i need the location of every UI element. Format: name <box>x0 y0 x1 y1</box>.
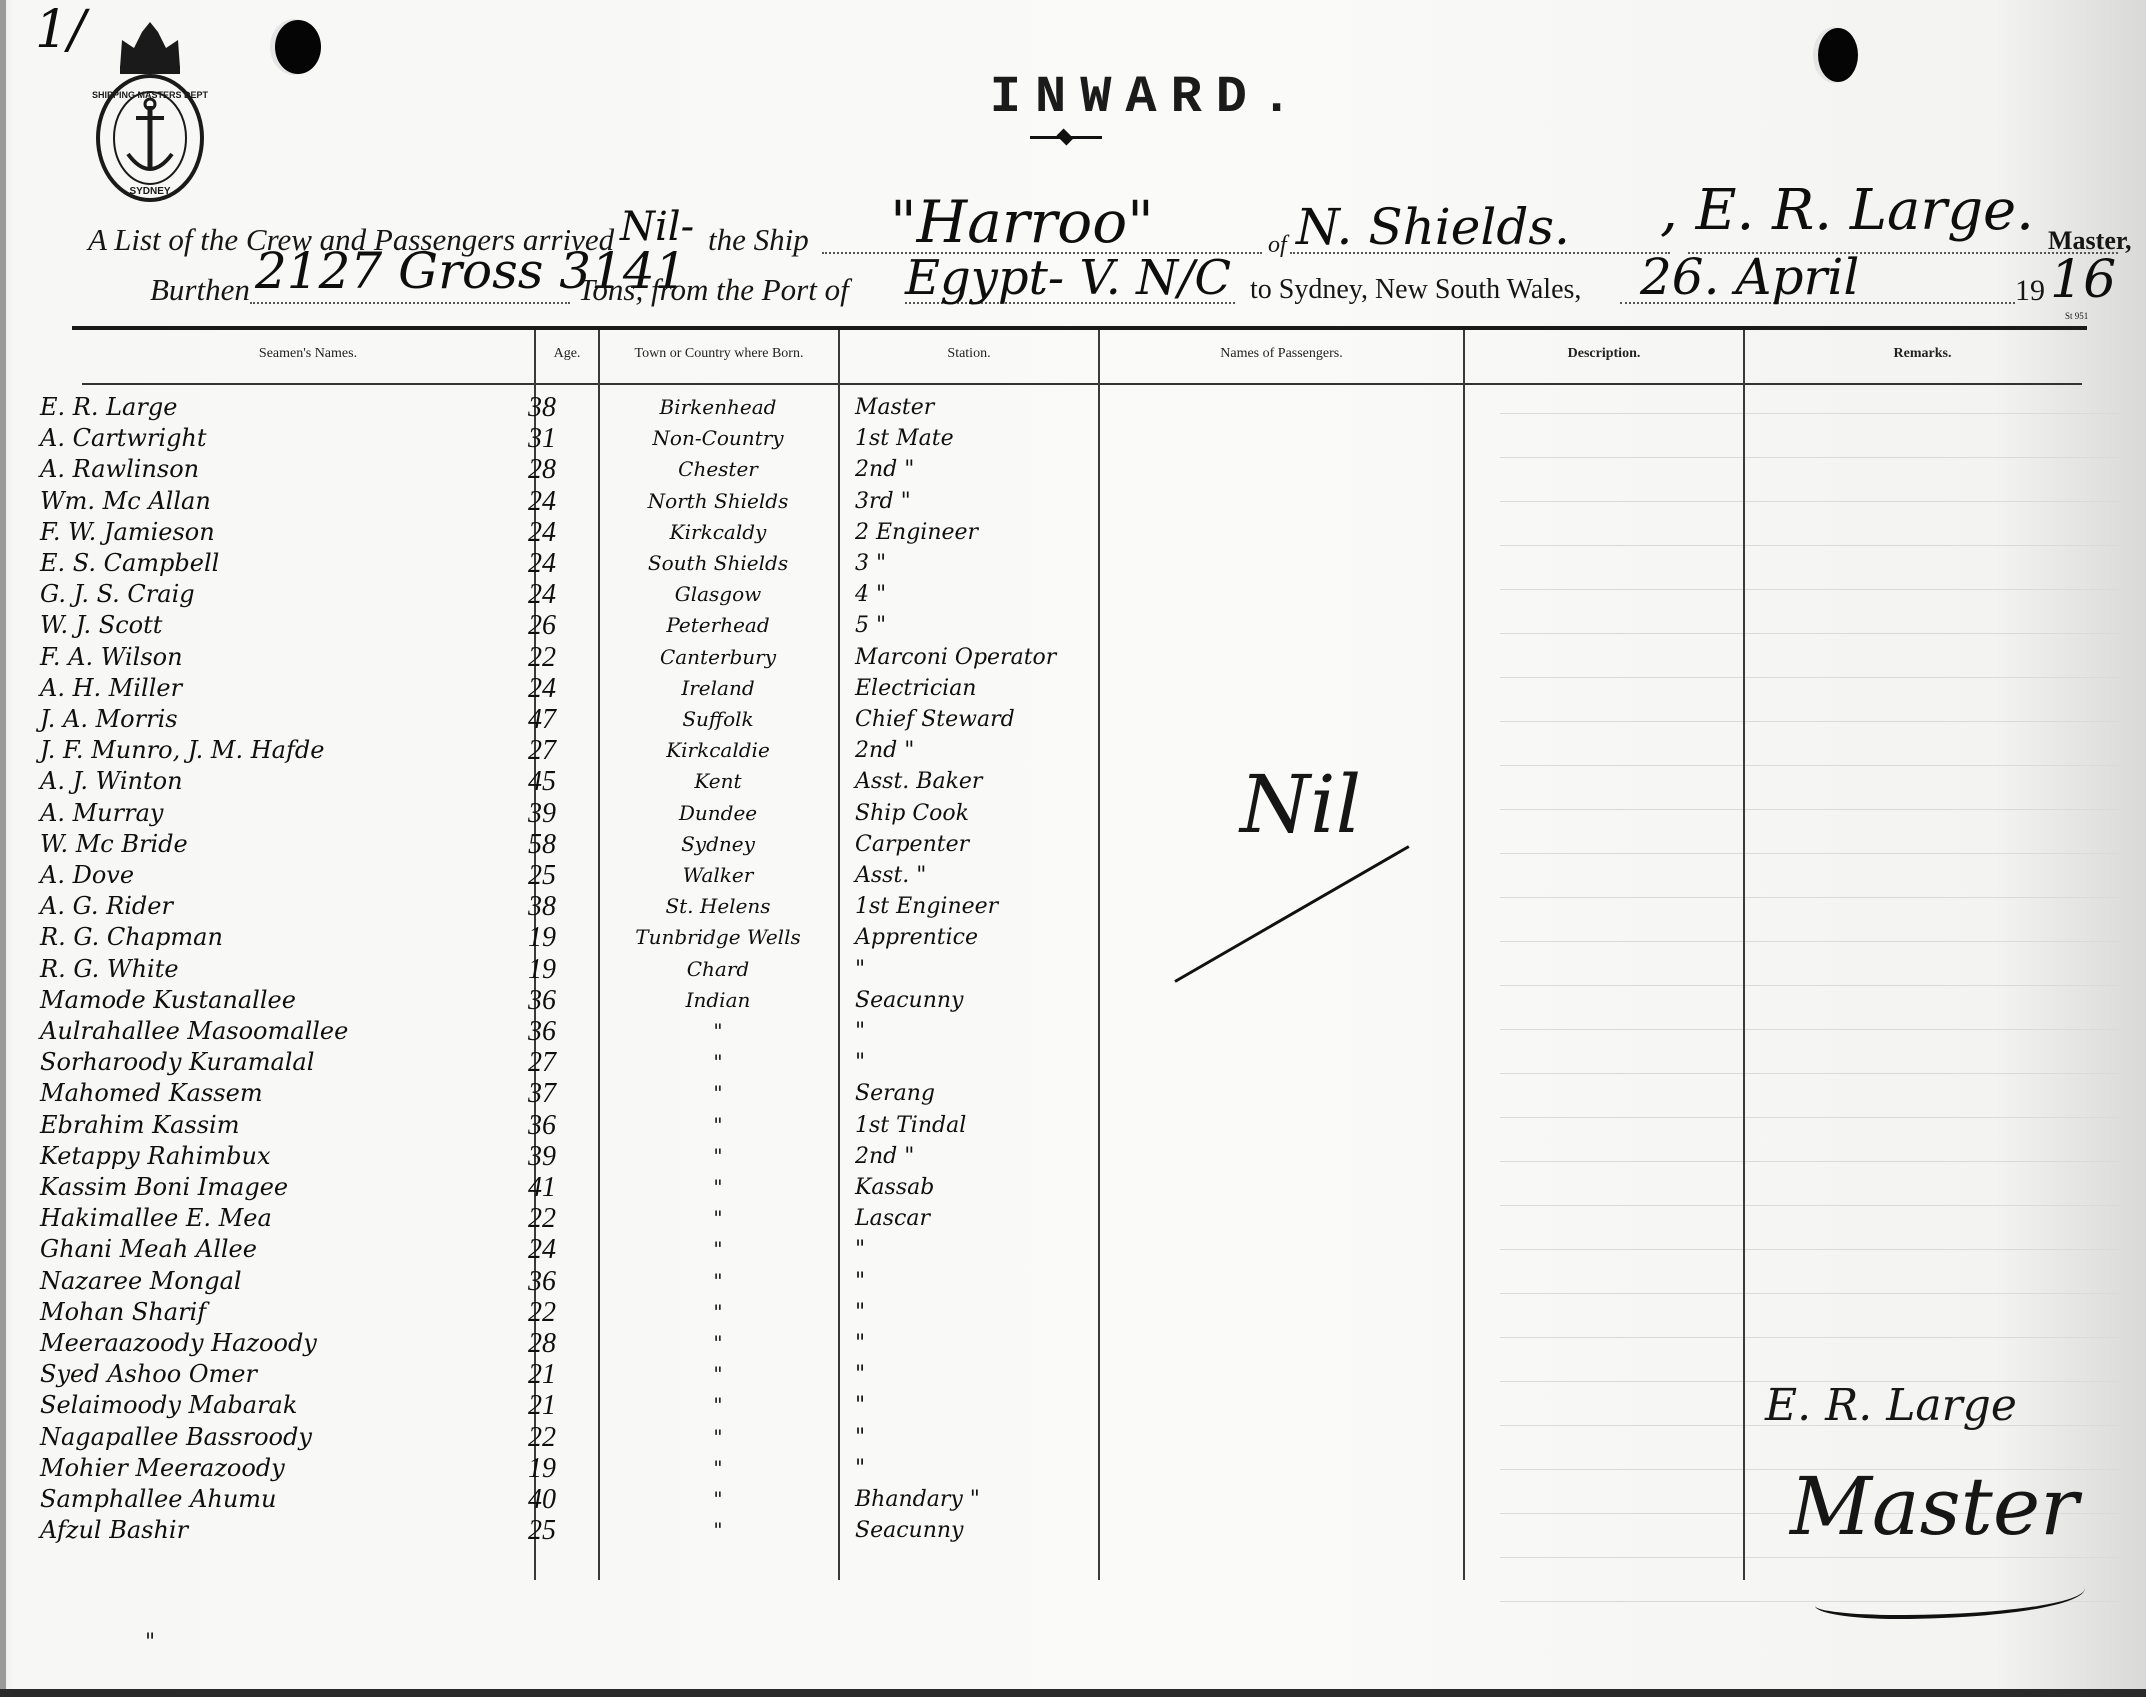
crew-station: 1st Engineer <box>845 891 1105 922</box>
arrival-date: 26. April <box>1640 248 1859 306</box>
crew-birthplace: " <box>608 1234 828 1265</box>
crew-name: A. J. Winton <box>40 766 520 797</box>
crew-station: Serang <box>845 1078 1105 1109</box>
crew-name: Nagapallee Bassroody <box>40 1422 520 1453</box>
crew-name: A. Dove <box>40 860 520 891</box>
year-suffix: 16 <box>2050 250 2116 310</box>
crew-age: 38 <box>528 891 590 922</box>
column-divider <box>598 330 600 1580</box>
crew-birthplace: " <box>608 1172 828 1203</box>
column-header-birthplace: Town or Country where Born. <box>600 346 838 362</box>
crew-name: Syed Ashoo Omer <box>40 1359 520 1390</box>
crew-age: 22 <box>528 1297 590 1328</box>
crew-name: A. G. Rider <box>40 891 520 922</box>
crew-age: 45 <box>528 766 590 797</box>
crew-age: 22 <box>528 642 590 673</box>
crew-station: Ship Cook <box>845 798 1105 829</box>
crew-name: J. F. Munro, J. M. Hafde <box>40 735 520 766</box>
year-prefix: 19 <box>2015 274 2045 308</box>
crew-station: 2nd " <box>845 454 1105 485</box>
crew-age: 21 <box>528 1359 590 1390</box>
crew-name: Samphallee Ahumu <box>40 1484 520 1515</box>
crew-name: F. W. Jamieson <box>40 517 520 548</box>
crew-station: Bhandary " <box>845 1484 1105 1515</box>
crew-birthplace: " <box>608 1266 828 1297</box>
crew-name: Sorharoody Kuramalal <box>40 1047 520 1078</box>
from-port: Egypt- V. N/C <box>905 250 1231 306</box>
ship-name: "Harroo" <box>890 188 1154 256</box>
crew-age: 27 <box>528 735 590 766</box>
crew-birthplace: Walker <box>608 860 828 891</box>
signature-flourish <box>1815 1575 2085 1619</box>
table-header-rule <box>82 383 2082 385</box>
master-signature: E. R. Large <box>1765 1380 2017 1431</box>
crew-station: Master <box>845 392 1105 423</box>
crew-station: Asst. Baker <box>845 766 1105 797</box>
crew-birthplace: Canterbury <box>608 642 828 673</box>
crew-station: Seacunny <box>845 985 1105 1016</box>
crew-name: A. Rawlinson <box>40 454 520 485</box>
crew-station: " <box>845 1047 1105 1078</box>
crew-birthplace: " <box>608 1047 828 1078</box>
crew-birthplace: Tunbridge Wells <box>608 922 828 953</box>
table-top-rule <box>72 326 2087 330</box>
crew-name: Ebrahim Kassim <box>40 1110 520 1141</box>
crew-age: 38 <box>528 392 590 423</box>
crew-name: Wm. Mc Allan <box>40 486 520 517</box>
crew-birthplace: " <box>608 1297 828 1328</box>
title-ornament <box>1030 136 1102 139</box>
crew-birthplace: " <box>608 1390 828 1421</box>
crew-station: " <box>845 1297 1105 1328</box>
tons-from-label: Tons, from the Port of <box>578 272 849 308</box>
crew-age: 36 <box>528 1016 590 1047</box>
crew-birthplace: " <box>608 1515 828 1546</box>
crew-age: 31 <box>528 423 590 454</box>
crew-birthplace: " <box>608 1078 828 1109</box>
crew-name: Ghani Meah Allee <box>40 1234 520 1265</box>
crew-age: 36 <box>528 1110 590 1141</box>
crew-name: Kassim Boni Imagee <box>40 1172 520 1203</box>
crew-station: " <box>845 1266 1105 1297</box>
crew-station: " <box>845 1328 1105 1359</box>
crew-age: 24 <box>528 1234 590 1265</box>
crew-birthplace: Peterhead <box>608 610 828 641</box>
to-sydney-label: to Sydney, New South Wales, <box>1250 274 1581 306</box>
of-label: of <box>1268 232 1287 259</box>
ditto-mark: " <box>145 1630 155 1655</box>
crew-birthplace: " <box>608 1453 828 1484</box>
crew-station: 3 " <box>845 548 1105 579</box>
column-divider <box>838 330 840 1580</box>
crew-age: 22 <box>528 1203 590 1234</box>
crew-station: 2nd " <box>845 735 1105 766</box>
crew-name: R. G. White <box>40 954 520 985</box>
crew-age: 58 <box>528 829 590 860</box>
crew-age: 40 <box>528 1484 590 1515</box>
column-header-description: Description. <box>1465 346 1743 362</box>
crew-name: F. A. Wilson <box>40 642 520 673</box>
crew-age: 28 <box>528 454 590 485</box>
crew-name: G. J. S. Craig <box>40 579 520 610</box>
column-header-seamens-names: Seamen's Names. <box>82 346 534 362</box>
crew-birthplace: Kent <box>608 766 828 797</box>
crew-age: 47 <box>528 704 590 735</box>
crew-name: Meeraazoody Hazoody <box>40 1328 520 1359</box>
crew-name: E. S. Campbell <box>40 548 520 579</box>
master-name: , E. R. Large. <box>1660 178 2034 243</box>
crew-station: Seacunny <box>845 1515 1105 1546</box>
crew-station: 2 Engineer <box>845 517 1105 548</box>
crew-age: 24 <box>528 548 590 579</box>
column-divider <box>1743 330 1745 1580</box>
crew-age: 24 <box>528 486 590 517</box>
crew-name: Hakimallee E. Mea <box>40 1203 520 1234</box>
crew-age: 19 <box>528 922 590 953</box>
crew-station: " <box>845 954 1105 985</box>
crew-station: Electrician <box>845 673 1105 704</box>
crew-station: 1st Mate <box>845 423 1105 454</box>
crew-age: 24 <box>528 579 590 610</box>
crew-age: 21 <box>528 1390 590 1421</box>
crew-name: A. Cartwright <box>40 423 520 454</box>
ship-label: the Ship <box>708 222 809 258</box>
crew-birthplace: " <box>608 1110 828 1141</box>
crew-station: Asst. " <box>845 860 1105 891</box>
crew-name: A. H. Miller <box>40 673 520 704</box>
crew-birthplace: " <box>608 1359 828 1390</box>
burthen-label: Burthen <box>150 272 250 308</box>
crew-name: W. J. Scott <box>40 610 520 641</box>
crew-age: 36 <box>528 1266 590 1297</box>
crew-age: 27 <box>528 1047 590 1078</box>
crew-birthplace: Ireland <box>608 673 828 704</box>
crew-age: 26 <box>528 610 590 641</box>
crew-station: Marconi Operator <box>845 642 1105 673</box>
crew-birthplace: " <box>608 1203 828 1234</box>
crew-birthplace: " <box>608 1141 828 1172</box>
crew-age: 36 <box>528 985 590 1016</box>
crew-birthplace: " <box>608 1328 828 1359</box>
crew-age: 24 <box>528 517 590 548</box>
crew-station: Carpenter <box>845 829 1105 860</box>
crew-name: E. R. Large <box>40 392 520 423</box>
folio-number: 1/ <box>35 0 86 60</box>
crew-birthplace: Birkenhead <box>608 392 828 423</box>
crew-age: 28 <box>528 1328 590 1359</box>
form-number: St 951 <box>2065 311 2088 321</box>
crew-station: 5 " <box>845 610 1105 641</box>
burthen-dotted-line <box>250 302 570 304</box>
crew-birthplace: Indian <box>608 985 828 1016</box>
crew-station: Lascar <box>845 1203 1105 1234</box>
crew-birthplace: Non-Country <box>608 423 828 454</box>
column-header-passenger-names: Names of Passengers. <box>1100 346 1463 362</box>
crew-name: Mahomed Kassem <box>40 1078 520 1109</box>
header-line-2: Burthen 2127 Gross 3141 Tons, from the P… <box>0 268 2146 312</box>
crew-station: " <box>845 1234 1105 1265</box>
crew-name: W. Mc Bride <box>40 829 520 860</box>
crew-age: 39 <box>528 1141 590 1172</box>
crew-age: 39 <box>528 798 590 829</box>
crew-station: " <box>845 1016 1105 1047</box>
crew-station: " <box>845 1390 1105 1421</box>
crew-name: J. A. Morris <box>40 704 520 735</box>
crew-birthplace: South Shields <box>608 548 828 579</box>
column-header-age: Age. <box>536 346 598 362</box>
crew-birthplace: North Shields <box>608 486 828 517</box>
crew-name: Mamode Kustanallee <box>40 985 520 1016</box>
column-header-station: Station. <box>840 346 1098 362</box>
column-header-remarks: Remarks. <box>1745 346 2100 362</box>
crew-name: Nazaree Mongal <box>40 1266 520 1297</box>
crew-station: " <box>845 1453 1105 1484</box>
crew-age: 19 <box>528 1453 590 1484</box>
crew-station: 1st Tindal <box>845 1110 1105 1141</box>
crew-name: Mohan Sharif <box>40 1297 520 1328</box>
page-title: INWARD. <box>0 68 2146 127</box>
crew-birthplace: Sydney <box>608 829 828 860</box>
crew-station: 4 " <box>845 579 1105 610</box>
column-divider <box>1463 330 1465 1580</box>
crew-station: Chief Steward <box>845 704 1105 735</box>
crew-station: " <box>845 1422 1105 1453</box>
master-signature-title: Master <box>1790 1460 2078 1553</box>
crew-station: Kassab <box>845 1172 1105 1203</box>
crew-name: R. G. Chapman <box>40 922 520 953</box>
home-port: N. Shields. <box>1296 198 1570 256</box>
crew-age: 24 <box>528 673 590 704</box>
crew-birthplace: Dundee <box>608 798 828 829</box>
crew-station: Apprentice <box>845 922 1105 953</box>
crew-birthplace: " <box>608 1484 828 1515</box>
crew-name: Aulrahallee Masoomallee <box>40 1016 520 1047</box>
crew-birthplace: Suffolk <box>608 704 828 735</box>
svg-text:SYDNEY: SYDNEY <box>129 186 170 197</box>
punch-hole-icon <box>275 20 321 74</box>
crew-birthplace: St. Helens <box>608 891 828 922</box>
crew-name: Afzul Bashir <box>40 1515 520 1546</box>
crew-age: 22 <box>528 1422 590 1453</box>
crew-birthplace: Kirkcaldy <box>608 517 828 548</box>
crew-name: A. Murray <box>40 798 520 829</box>
crew-age: 25 <box>528 1515 590 1546</box>
passengers-strike-line <box>1174 845 1409 983</box>
crew-station: 2nd " <box>845 1141 1105 1172</box>
crew-birthplace: " <box>608 1422 828 1453</box>
crew-birthplace: Kirkcaldie <box>608 735 828 766</box>
crew-birthplace: " <box>608 1016 828 1047</box>
crew-name: Ketappy Rahimbux <box>40 1141 520 1172</box>
crew-birthplace: Glasgow <box>608 579 828 610</box>
crew-name: Mohier Meerazoody <box>40 1453 520 1484</box>
document-page: 1/ SHIPPING MASTERS DEPT SYDNEY INWARD. … <box>0 0 2146 1697</box>
crew-birthplace: Chester <box>608 454 828 485</box>
crew-station: 3rd " <box>845 486 1105 517</box>
crew-age: 25 <box>528 860 590 891</box>
crew-station: " <box>845 1359 1105 1390</box>
crew-age: 19 <box>528 954 590 985</box>
passengers-nil-entry: Nil <box>1240 758 1361 851</box>
crew-age: 37 <box>528 1078 590 1109</box>
crew-age: 41 <box>528 1172 590 1203</box>
crew-name: Selaimoody Mabarak <box>40 1390 520 1421</box>
crew-birthplace: Chard <box>608 954 828 985</box>
page-bottom-edge <box>0 1689 2146 1697</box>
